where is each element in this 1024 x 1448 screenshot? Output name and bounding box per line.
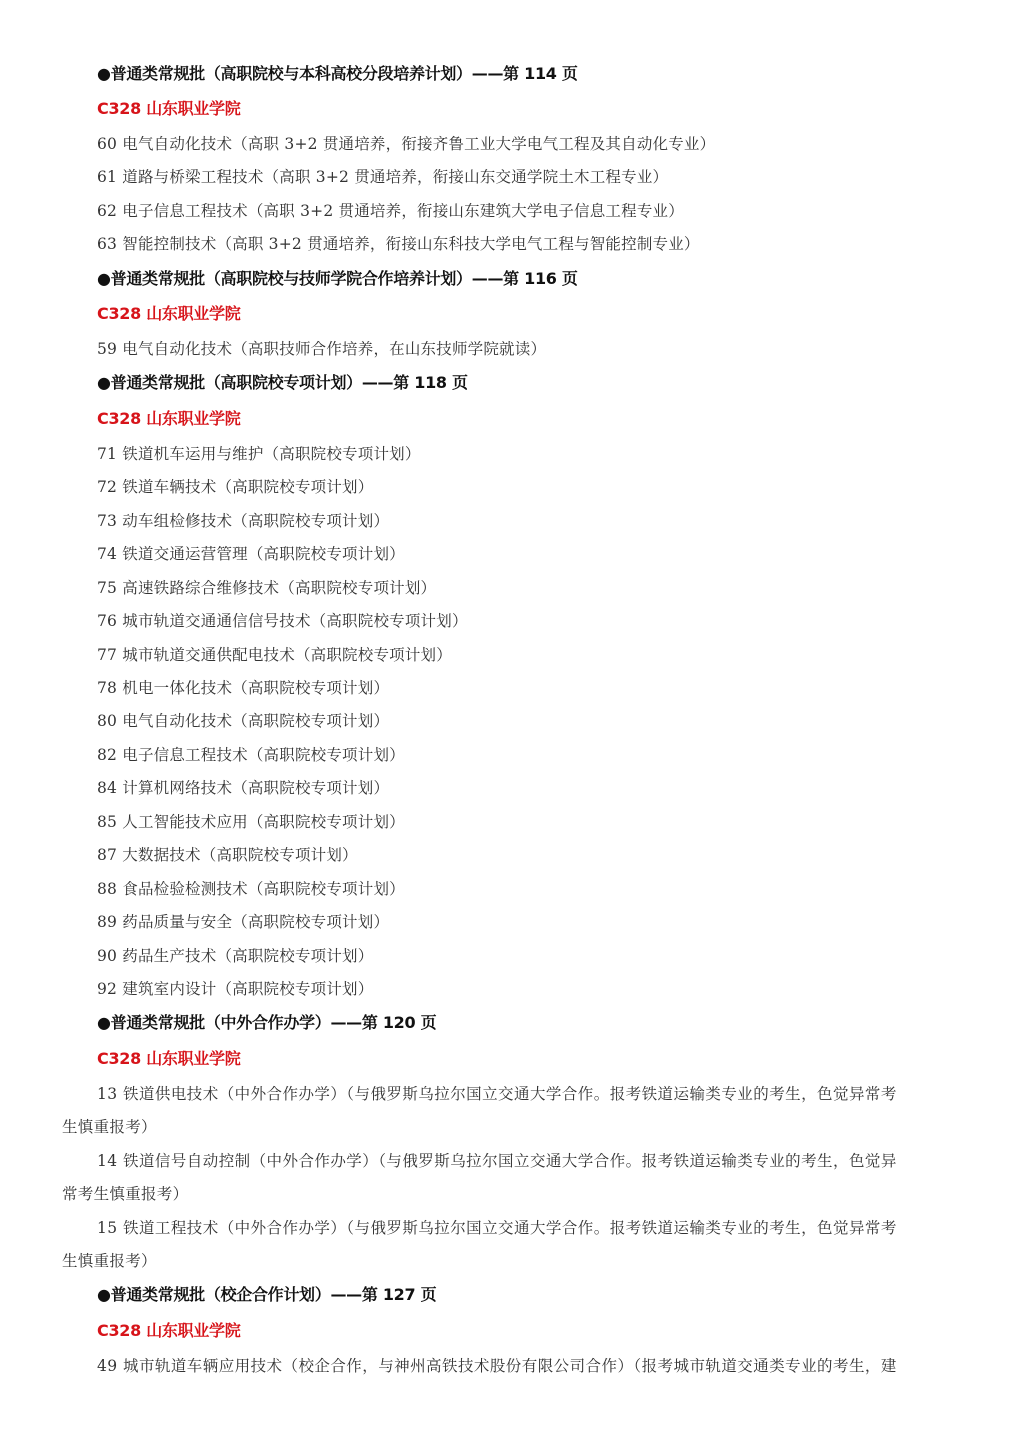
list-item: 75 高速铁路综合维修技术（高职院校专项计划）	[97, 577, 436, 599]
list-item: 88 食品检验检测技术（高职院校专项计划）	[97, 878, 405, 900]
list-item: 85 人工智能技术应用（高职院校专项计划）	[97, 811, 405, 833]
list-item: 76 城市轨道交通通信信号技术（高职院校专项计划）	[97, 610, 468, 632]
list-item: 89 药品质量与安全（高职院校专项计划）	[97, 911, 389, 933]
list-item-continuation: 生慎重报考）	[62, 1116, 157, 1138]
school-name: C328 山东职业学院	[97, 408, 240, 430]
school-name: C328 山东职业学院	[97, 1320, 240, 1342]
list-item-line: 49 城市轨道车辆应用技术（校企合作，与神州高铁技术股份有限公司合作）（报考城市…	[97, 1355, 897, 1377]
school-name: C328 山东职业学院	[97, 1048, 240, 1070]
list-item: 74 铁道交通运营管理（高职院校专项计划）	[97, 543, 405, 565]
list-item: 87 大数据技术（高职院校专项计划）	[97, 844, 358, 866]
list-item: 78 机电一体化技术（高职院校专项计划）	[97, 677, 389, 699]
list-item-line: 13 铁道供电技术（中外合作办学）（与俄罗斯乌拉尔国立交通大学合作。报考铁道运输…	[97, 1083, 897, 1105]
list-item: 77 城市轨道交通供配电技术（高职院校专项计划）	[97, 644, 452, 666]
school-name: C328 山东职业学院	[97, 98, 240, 120]
list-item: 61 道路与桥梁工程技术（高职 3+2 贯通培养，衔接山东交通学院土木工程专业）	[97, 166, 668, 188]
list-item-continuation: 生慎重报考）	[62, 1250, 157, 1272]
list-item: 90 药品生产技术（高职院校专项计划）	[97, 945, 373, 967]
section-heading: ●普通类常规批（高职院校与技师学院合作培养计划）——第 116 页	[97, 268, 578, 290]
section-heading: ●普通类常规批（校企合作计划）——第 127 页	[97, 1284, 436, 1306]
list-item: 73 动车组检修技术（高职院校专项计划）	[97, 510, 389, 532]
list-item: 82 电子信息工程技术（高职院校专项计划）	[97, 744, 405, 766]
section-heading: ●普通类常规批（高职院校专项计划）——第 118 页	[97, 372, 468, 394]
school-name: C328 山东职业学院	[97, 303, 240, 325]
list-item: 71 铁道机车运用与维护（高职院校专项计划）	[97, 443, 421, 465]
list-item: 59 电气自动化技术（高职技师合作培养，在山东技师学院就读）	[97, 338, 546, 360]
list-item: 80 电气自动化技术（高职院校专项计划）	[97, 710, 389, 732]
list-item-line: 14 铁道信号自动控制（中外合作办学）（与俄罗斯乌拉尔国立交通大学合作。报考铁道…	[97, 1150, 897, 1172]
list-item: 72 铁道车辆技术（高职院校专项计划）	[97, 476, 373, 498]
list-item: 60 电气自动化技术（高职 3+2 贯通培养，衔接齐鲁工业大学电气工程及其自动化…	[97, 133, 715, 155]
list-item: 92 建筑室内设计（高职院校专项计划）	[97, 978, 373, 1000]
list-item: 63 智能控制技术（高职 3+2 贯通培养，衔接山东科技大学电气工程与智能控制专…	[97, 233, 700, 255]
list-item: 62 电子信息工程技术（高职 3+2 贯通培养，衔接山东建筑大学电子信息工程专业…	[97, 200, 684, 222]
section-heading: ●普通类常规批（高职院校与本科高校分段培养计划）——第 114 页	[97, 63, 578, 85]
list-item: 84 计算机网络技术（高职院校专项计划）	[97, 777, 389, 799]
document-page: ●普通类常规批（高职院校与本科高校分段培养计划）——第 114 页 C328 山…	[0, 0, 1024, 1448]
list-item-line: 15 铁道工程技术（中外合作办学）（与俄罗斯乌拉尔国立交通大学合作。报考铁道运输…	[97, 1217, 897, 1239]
section-heading: ●普通类常规批（中外合作办学）——第 120 页	[97, 1012, 436, 1034]
list-item-continuation: 常考生慎重报考）	[62, 1183, 188, 1205]
